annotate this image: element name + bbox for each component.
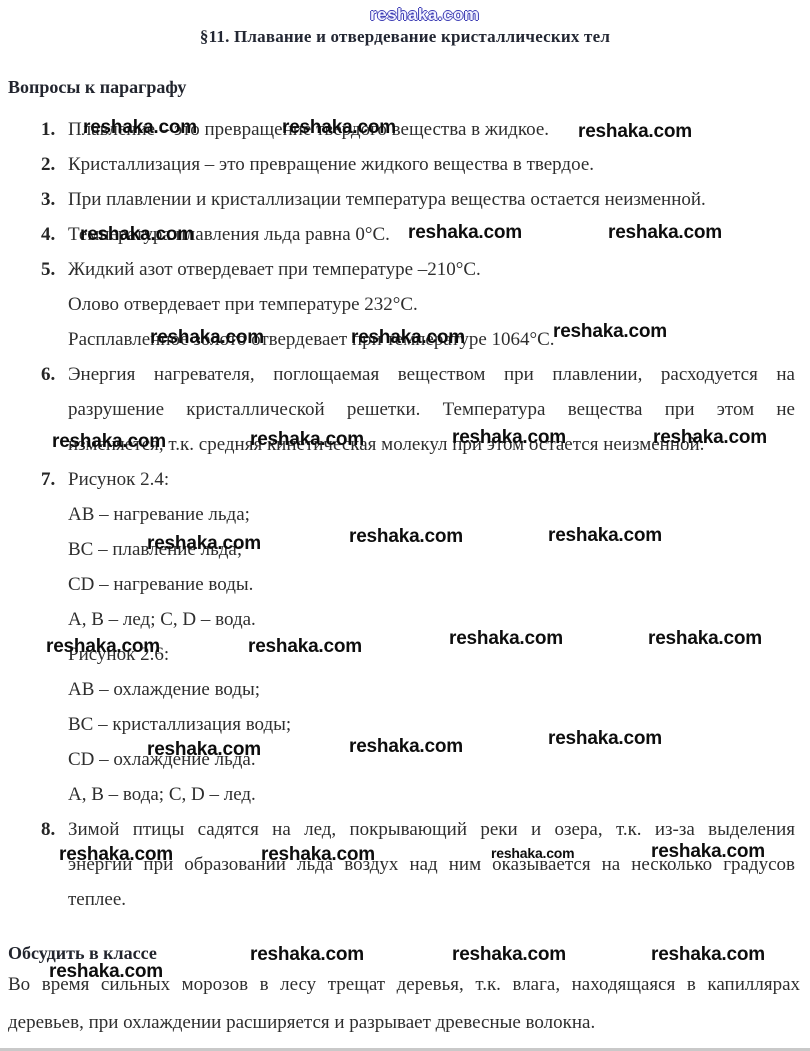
- answer-line: Энергия нагревателя, поглощаемая веществ…: [68, 357, 795, 392]
- answer-line: Жидкий азот отвердевает при температуре …: [68, 252, 795, 287]
- answer-line: CD – нагревание воды.: [68, 567, 795, 602]
- watermark: reshaka.com: [59, 844, 173, 866]
- watermark: reshaka.com: [349, 526, 463, 548]
- answer-number: 7.: [41, 462, 55, 497]
- watermark: reshaka.com: [349, 736, 463, 758]
- watermark: reshaka.com: [548, 728, 662, 750]
- watermark: reshaka.com: [52, 431, 166, 453]
- watermark: reshaka.com: [491, 845, 574, 861]
- answer-line: AB – охлаждение воды;: [68, 672, 795, 707]
- watermark-blue: reshaka.com: [370, 5, 479, 25]
- watermark: reshaka.com: [449, 628, 563, 650]
- watermark: reshaka.com: [452, 427, 566, 449]
- watermark: reshaka.com: [147, 739, 261, 761]
- watermark: reshaka.com: [553, 321, 667, 343]
- answer-number: 4.: [41, 217, 55, 252]
- watermark: reshaka.com: [250, 944, 364, 966]
- answer-line: При плавлении и кристаллизации температу…: [68, 182, 795, 217]
- watermark: reshaka.com: [351, 327, 465, 349]
- watermark: reshaka.com: [578, 121, 692, 143]
- answer-number: 8.: [41, 812, 55, 847]
- watermark: reshaka.com: [648, 628, 762, 650]
- answer-item-3: 3. При плавлении и кристаллизации темпер…: [0, 182, 810, 217]
- watermark: reshaka.com: [150, 327, 264, 349]
- watermark: reshaka.com: [651, 944, 765, 966]
- watermark: reshaka.com: [548, 525, 662, 547]
- discuss-line: деревьев, при охлаждении расширяется и р…: [8, 1004, 800, 1042]
- watermark: reshaka.com: [261, 844, 375, 866]
- answer-line: A, B – вода; C, D – лед.: [68, 777, 795, 812]
- answer-number: 3.: [41, 182, 55, 217]
- answer-number: 6.: [41, 357, 55, 392]
- watermark: reshaka.com: [46, 636, 160, 658]
- watermark: reshaka.com: [248, 636, 362, 658]
- answer-number: 1.: [41, 112, 55, 147]
- questions-heading: Вопросы к параграфу: [8, 77, 810, 98]
- watermark: reshaka.com: [608, 222, 722, 244]
- answer-line: Рисунок 2.4:: [68, 462, 795, 497]
- answer-item-2: 2. Кристаллизация – это превращение жидк…: [0, 147, 810, 182]
- watermark: reshaka.com: [83, 117, 197, 139]
- answer-line: теплее.: [68, 882, 795, 917]
- watermark: reshaka.com: [80, 224, 194, 246]
- answer-line: Кристаллизация – это превращение жидкого…: [68, 147, 795, 182]
- document-page: §11. Плавание и отвердевание кристалличе…: [0, 0, 810, 1051]
- watermark: reshaka.com: [651, 841, 765, 863]
- watermark: reshaka.com: [653, 427, 767, 449]
- watermark: reshaka.com: [282, 117, 396, 139]
- watermark: reshaka.com: [250, 429, 364, 451]
- answer-line: Олово отвердевает при температуре 232°С.: [68, 287, 795, 322]
- answer-line: разрушение кристаллической решетки. Темп…: [68, 392, 795, 427]
- watermark: reshaka.com: [147, 533, 261, 555]
- watermark: reshaka.com: [452, 944, 566, 966]
- watermark: reshaka.com: [49, 961, 163, 983]
- watermark: reshaka.com: [408, 222, 522, 244]
- answer-number: 5.: [41, 252, 55, 287]
- answer-number: 2.: [41, 147, 55, 182]
